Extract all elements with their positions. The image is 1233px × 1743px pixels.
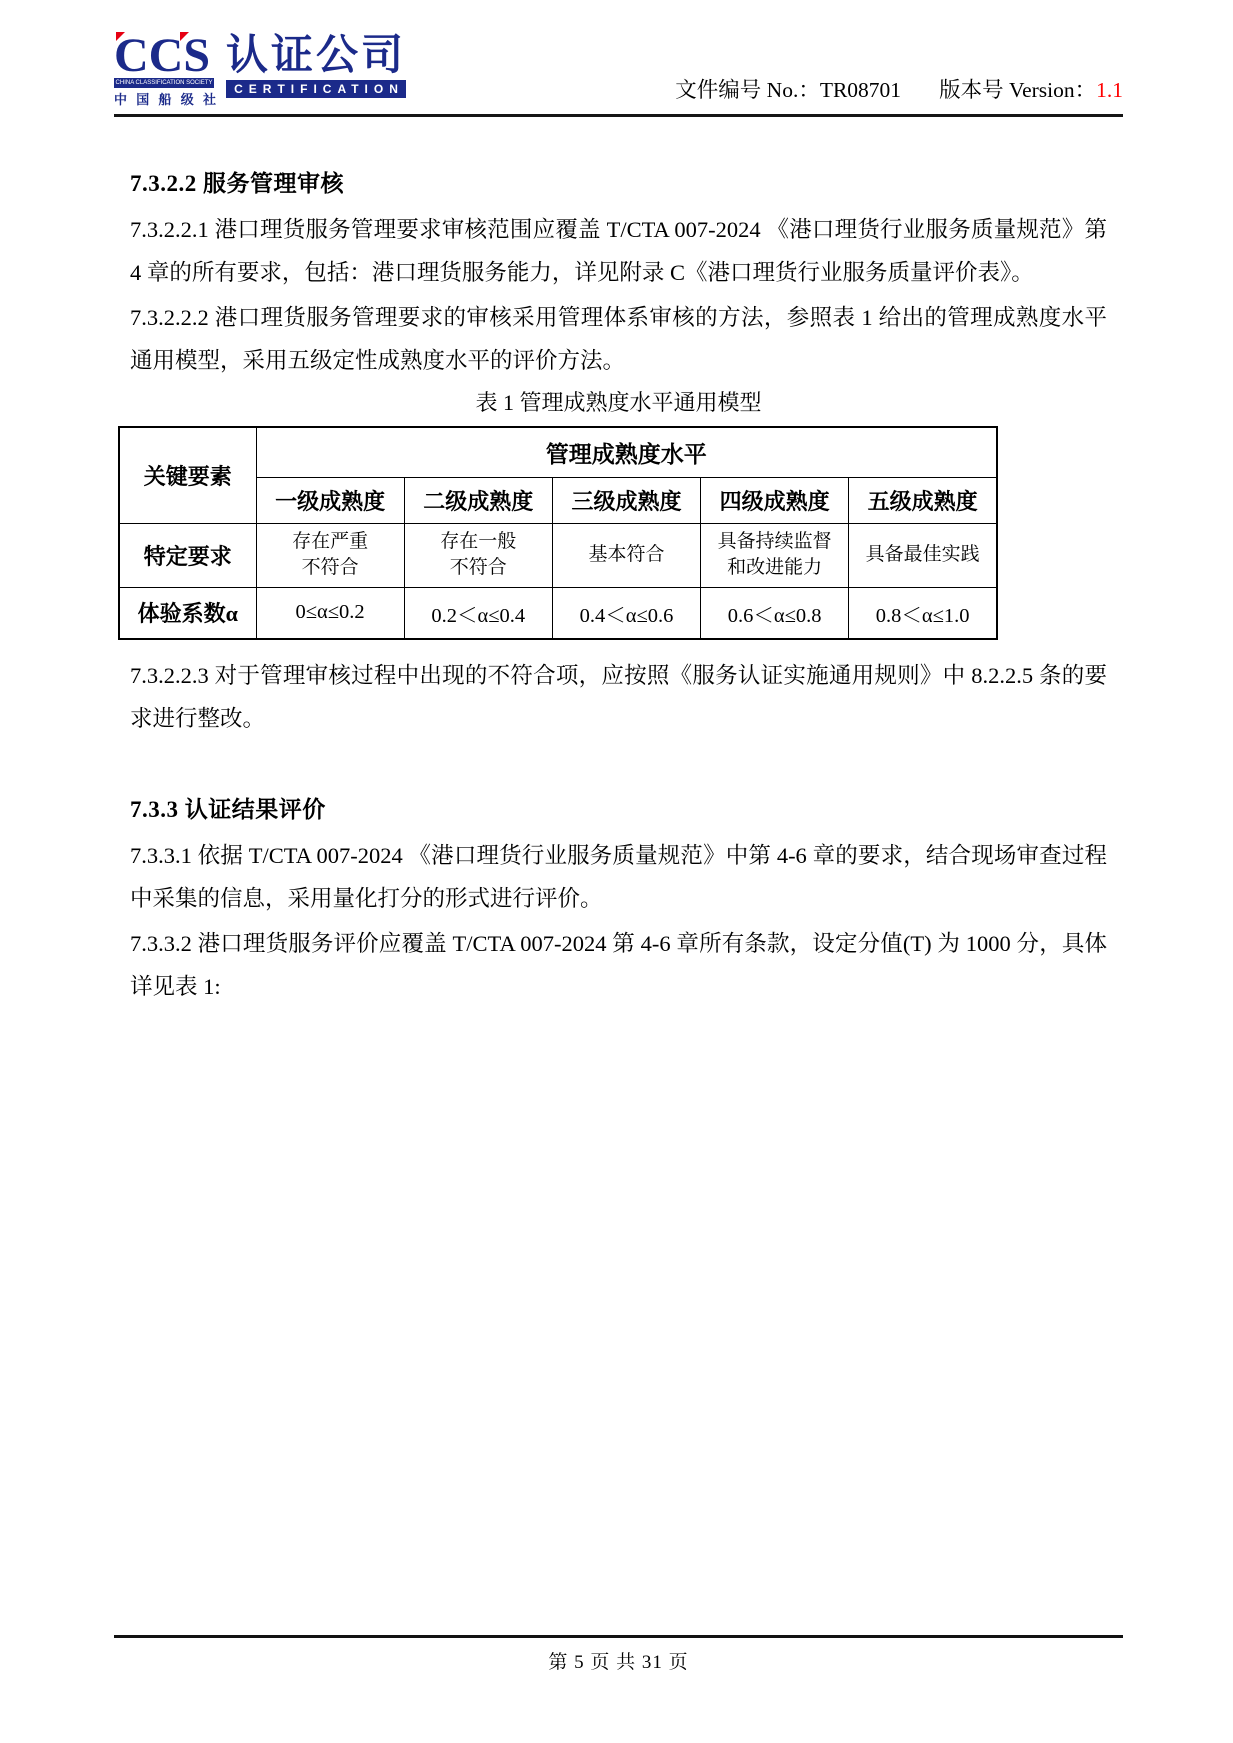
ccs-logo-letters: CCS — [114, 37, 214, 75]
paragraph-7331: 7.3.3.1 依据 T/CTA 007-2024 《港口理货行业服务质量规范》… — [130, 834, 1107, 920]
table-cell: 存在一般 不符合 — [404, 523, 552, 587]
level-header-4: 四级成熟度 — [701, 477, 849, 523]
document-meta: 文件编号 No.：TR08701版本号 Version：1.1 — [675, 73, 1123, 104]
version-value: 1.1 — [1096, 78, 1123, 102]
table-group-header: 管理成熟度水平 — [256, 427, 997, 477]
paragraph-73222: 7.3.2.2.2 港口理货服务管理要求的审核采用管理体系审核的方法，参照表 1… — [130, 296, 1107, 382]
table-corner-header: 关键要素 — [119, 427, 256, 523]
document-page: CCS CHINA CLASSIFICATION SOCIETY 中 国 船 级… — [0, 0, 1233, 1743]
paragraph-73221: 7.3.2.2.1 港口理货服务管理要求审核范围应覆盖 T/CTA 007-20… — [130, 208, 1107, 294]
table-cell: 存在严重 不符合 — [256, 523, 404, 587]
page-footer: 第 5 页 共 31 页 — [114, 1635, 1123, 1674]
section-heading-7322: 7.3.2.2 服务管理审核 — [130, 168, 1107, 200]
paragraph-7332: 7.3.3.2 港口理货服务评价应覆盖 T/CTA 007-2024 第 4-6… — [130, 922, 1107, 1008]
table-cell: 0≤α≤0.2 — [256, 587, 404, 639]
level-header-1: 一级成熟度 — [256, 477, 404, 523]
section-heading-733: 7.3.3 认证结果评价 — [130, 794, 1107, 826]
table-cell: 0.6＜α≤0.8 — [701, 587, 849, 639]
ccs-red-accent-icon — [116, 32, 125, 41]
certification-banner: CERTIFICATION — [226, 80, 406, 98]
table-row-specific-requirements: 特定要求 存在严重 不符合 存在一般 不符合 基本符合 具备持续监督 和改进能力… — [119, 523, 997, 587]
doc-number-value: TR08701 — [820, 78, 901, 102]
doc-number-label: 文件编号 No.： — [675, 78, 820, 102]
ccs-red-accent-icon — [180, 32, 189, 41]
table-header-row-group: 关键要素 管理成熟度水平 — [119, 427, 997, 477]
level-header-2: 二级成熟度 — [404, 477, 552, 523]
maturity-model-table: 关键要素 管理成熟度水平 一级成熟度 二级成熟度 三级成熟度 四级成熟度 五级成… — [118, 426, 998, 640]
level-header-5: 五级成熟度 — [849, 477, 997, 523]
version-label: 版本号 Version： — [939, 78, 1096, 102]
paragraph-73223: 7.3.2.2.3 对于管理审核过程中出现的不符合项，应按照《服务认证实施通用规… — [130, 654, 1107, 740]
page-number: 第 5 页 共 31 页 — [548, 1652, 688, 1673]
table-cell: 0.2＜α≤0.4 — [404, 587, 552, 639]
table-cell: 0.4＜α≤0.6 — [552, 587, 700, 639]
brand-name-cn: 认证公司 — [226, 37, 406, 77]
table-cell: 0.8＜α≤1.0 — [849, 587, 997, 639]
document-body: 7.3.2.2 服务管理审核 7.3.2.2.1 港口理货服务管理要求审核范围应… — [130, 120, 1107, 1008]
ccs-logo-right: 认证公司 CERTIFICATION — [226, 37, 406, 98]
table-cell: 具备持续监督 和改进能力 — [701, 523, 849, 587]
row-label: 特定要求 — [119, 523, 256, 587]
table-row-experience-coefficient: 体验系数α 0≤α≤0.2 0.2＜α≤0.4 0.4＜α≤0.6 0.6＜α≤… — [119, 587, 997, 639]
table-cell: 具备最佳实践 — [849, 523, 997, 587]
table-caption: 表 1 管理成熟度水平通用模型 — [130, 386, 1107, 420]
page-header: CCS CHINA CLASSIFICATION SOCIETY 中 国 船 级… — [114, 0, 1123, 117]
row-label: 体验系数α — [119, 587, 256, 639]
level-header-3: 三级成熟度 — [552, 477, 700, 523]
table-cell: 基本符合 — [552, 523, 700, 587]
ccs-society-en-label: CHINA CLASSIFICATION SOCIETY — [114, 78, 214, 88]
ccs-logo-left: CCS CHINA CLASSIFICATION SOCIETY 中 国 船 级… — [114, 37, 214, 108]
ccs-society-cn-label: 中 国 船 级 社 — [114, 89, 214, 108]
ccs-logo: CCS CHINA CLASSIFICATION SOCIETY 中 国 船 级… — [114, 37, 406, 108]
